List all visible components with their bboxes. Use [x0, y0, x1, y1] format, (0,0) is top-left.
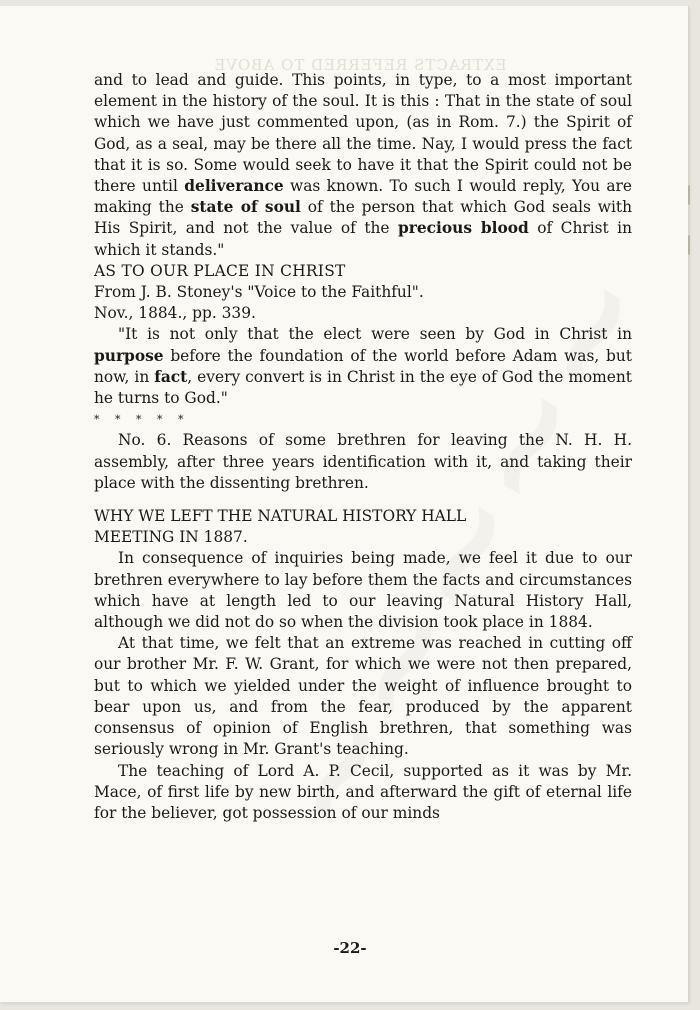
note-paragraph: No. 6. Reasons of some brethren for leav… — [94, 430, 632, 494]
document-page: EXTRACTS REFERRED TO ABOVE ~~~~~ and to … — [0, 6, 689, 1002]
section-heading-line2: MEETING IN 1887. — [94, 527, 632, 548]
text-column: and to lead and guide. This points, in t… — [94, 70, 632, 824]
emphasis-precious-blood: precious blood — [398, 219, 529, 237]
emphasis-fact: fact — [154, 368, 187, 386]
binding-mark — [688, 235, 696, 255]
binding-mark — [688, 185, 696, 205]
emphasis-deliverance: deliverance — [184, 177, 283, 195]
paragraph-continuation: and to lead and guide. This points, in t… — [94, 70, 632, 261]
section-heading-place-in-christ: AS TO OUR PLACE IN CHRIST — [94, 261, 632, 282]
body-paragraph-2: At that time, we felt that an extreme wa… — [94, 633, 632, 760]
section-heading-line1: WHY WE LEFT THE NATURAL HISTORY HALL — [94, 506, 632, 527]
quote-paragraph: "It is not only that the elect were seen… — [94, 324, 632, 409]
section-separator: * * * * * — [94, 409, 632, 430]
page-number: -22- — [0, 939, 700, 957]
body-paragraph-3: The teaching of Lord A. P. Cecil, suppor… — [94, 761, 632, 825]
emphasis-purpose: purpose — [94, 347, 164, 365]
body-paragraph-1: In consequence of inquiries being made, … — [94, 548, 632, 633]
source-citation-line1: From J. B. Stoney's "Voice to the Faithf… — [94, 282, 632, 303]
emphasis-state-of-soul: state of soul — [191, 198, 301, 216]
source-citation-line2: Nov., 1884., pp. 339. — [94, 303, 632, 324]
spacer — [94, 494, 632, 506]
